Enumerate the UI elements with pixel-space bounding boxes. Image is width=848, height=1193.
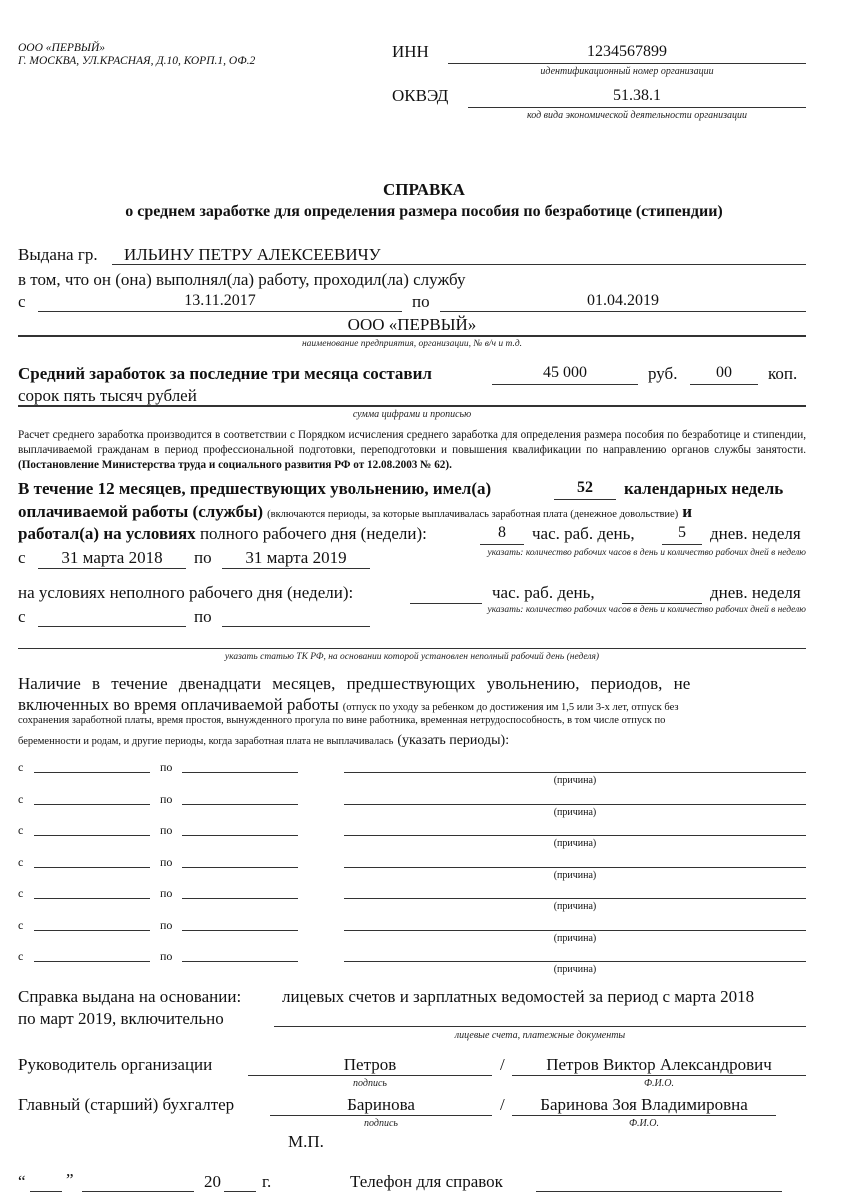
work-text: в том, что он (она) выполнял(ла) работу,…: [18, 270, 465, 290]
period-reason-underline: [344, 835, 806, 836]
period-from-label: с: [18, 918, 23, 933]
weeks-text-3: оплачиваемой работы (службы): [18, 502, 263, 521]
period-from-label: с: [18, 823, 23, 838]
salary-rub-underline: [492, 384, 638, 385]
period-from-underline: [34, 804, 150, 805]
head-slash: /: [500, 1055, 505, 1075]
partial-to-underline: [222, 626, 370, 627]
periods-line-3: сохранения заработной платы, время прост…: [18, 715, 665, 726]
inn-caption: идентификационный номер организации: [448, 66, 806, 77]
head-name-underline: [512, 1075, 806, 1076]
basis-underline: [274, 1026, 806, 1027]
page-title: СПРАВКА: [0, 180, 848, 200]
period-from-label: с: [18, 792, 23, 807]
recipient-name-field[interactable]: ИЛЬИНУ ПЕТРУ АЛЕКСЕЕВИЧУ: [124, 245, 381, 265]
weeks-line-3: работал(а) на условиях полного рабочего …: [18, 524, 427, 544]
employer-underline: [18, 335, 806, 337]
full-from-underline: [38, 568, 186, 569]
full-hours-underline: [480, 544, 524, 545]
partial-days-underline: [622, 603, 702, 604]
weeks-text-1: В течение 12 месяцев, предшествующих уво…: [18, 479, 491, 499]
period-reason-underline: [344, 961, 806, 962]
periods-line-4-end: (указать периоды):: [397, 733, 509, 748]
employer-field[interactable]: ООО «ПЕРВЫЙ»: [18, 315, 806, 335]
period-reason-underline: [344, 930, 806, 931]
full-hours-field[interactable]: 8: [480, 524, 524, 542]
salary-rub-field[interactable]: 45 000: [492, 364, 638, 382]
periods-line-2-note: (отпуск по уходу за ребенком до достижен…: [343, 702, 679, 713]
date-year-prefix: 20: [204, 1172, 221, 1192]
accountant-name-field[interactable]: Баринова Зоя Владимировна: [512, 1095, 776, 1115]
periods-line-2: включенных во время оплачиваемой работы …: [18, 695, 679, 715]
partial-from-underline: [38, 626, 186, 627]
accountant-name-caption: Ф.И.О.: [512, 1118, 776, 1129]
kop-label: коп.: [768, 364, 797, 384]
article-caption: указать статью ТК РФ, на основании котор…: [18, 652, 806, 662]
basis-caption: лицевые счета, платежные документы: [274, 1030, 806, 1041]
page-subtitle: о среднем заработке для определения разм…: [0, 203, 848, 221]
org-name: ООО «ПЕРВЫЙ»: [18, 42, 105, 55]
periods-line-4: беременности и родам, и другие периоды, …: [18, 731, 509, 749]
inn-underline: [448, 63, 806, 64]
full-day-label: полного рабочего дня (недели):: [200, 524, 427, 543]
work-conditions-label: работал(а) на условиях: [18, 524, 196, 543]
period-from-underline: [34, 930, 150, 931]
period-to-label: по: [160, 823, 172, 838]
calculation-note-text: Расчет среднего заработка производится в…: [18, 429, 806, 456]
full-from-label: с: [18, 548, 26, 568]
okved-caption: код вида экономической деятельности орга…: [468, 110, 806, 121]
period-reason-caption: (причина): [344, 933, 806, 944]
period-to-label: по: [160, 760, 172, 775]
partial-hint: указать: количество рабочих часов в день…: [384, 605, 806, 615]
period-from-label: с: [18, 760, 23, 775]
period-reason-caption: (причина): [344, 807, 806, 818]
period-to-underline: [182, 898, 298, 899]
org-address: Г. МОСКВА, УЛ.КРАСНАЯ, Д.10, КОРП.1, ОФ.…: [18, 55, 255, 68]
period-reason-underline: [344, 772, 806, 773]
full-days-underline: [662, 544, 702, 545]
date-day-underline: [30, 1191, 62, 1192]
full-to-underline: [222, 568, 370, 569]
head-signature-caption: подпись: [248, 1078, 492, 1089]
accountant-signature-field[interactable]: Баринова: [270, 1095, 492, 1115]
head-label: Руководитель организации: [18, 1055, 212, 1075]
period-reason-caption: (причина): [344, 901, 806, 912]
basis-field-line-2[interactable]: по март 2019, включительно: [18, 1009, 224, 1029]
head-name-caption: Ф.И.О.: [512, 1078, 806, 1089]
period-to-underline: [182, 961, 298, 962]
rub-label: руб.: [648, 364, 677, 384]
partial-days-label: днев. неделя: [710, 583, 801, 603]
work-to-underline: [440, 311, 806, 312]
okved-underline: [468, 107, 806, 108]
full-hours-label: час. раб. день,: [532, 524, 635, 544]
partial-hours-label: час. раб. день,: [492, 583, 595, 603]
salary-kop-field[interactable]: 00: [690, 364, 758, 382]
calculation-note-reference: (Постановление Министерства труда и соци…: [18, 459, 452, 471]
period-from-label: с: [18, 886, 23, 901]
date-quote-open: “: [18, 1172, 26, 1192]
period-from-underline: [34, 867, 150, 868]
weeks-text-3-note: (включаются периоды, за которые выплачив…: [267, 509, 678, 520]
date-year-suffix: г.: [262, 1172, 271, 1192]
basis-field-line-1[interactable]: лицевых счетов и зарплатных ведомостей з…: [282, 987, 754, 1007]
period-to-underline: [182, 930, 298, 931]
date-year-underline: [224, 1191, 256, 1192]
accountant-name-underline: [512, 1115, 776, 1116]
period-from-label: с: [18, 855, 23, 870]
period-to-label: по: [160, 918, 172, 933]
full-days-label: днев. неделя: [710, 524, 801, 544]
period-from-underline: [34, 772, 150, 773]
weeks-field[interactable]: 52: [554, 479, 616, 497]
inn-label: ИНН: [392, 42, 429, 62]
work-to-field[interactable]: 01.04.2019: [440, 292, 806, 310]
period-from-underline: [34, 961, 150, 962]
weeks-text-3-and: и: [682, 502, 692, 521]
full-to-label: по: [194, 548, 212, 568]
salary-caption: сумма цифрами и прописью: [18, 409, 806, 420]
period-to-underline: [182, 804, 298, 805]
period-reason-caption: (причина): [344, 775, 806, 786]
accountant-signature-underline: [270, 1115, 492, 1116]
period-reason-caption: (причина): [344, 870, 806, 881]
period-reason-underline: [344, 804, 806, 805]
partial-to-label: по: [194, 607, 212, 627]
work-from-label: с: [18, 292, 26, 312]
weeks-text-2: календарных недель: [624, 479, 783, 499]
period-from-label: с: [18, 949, 23, 964]
inn-field[interactable]: 1234567899: [448, 43, 806, 61]
work-from-underline: [38, 311, 402, 312]
period-reason-underline: [344, 867, 806, 868]
partial-from-label: с: [18, 607, 26, 627]
work-from-field[interactable]: 13.11.2017: [38, 292, 402, 310]
periods-line-1: Наличие в течение двенадцати месяцев, пр…: [18, 674, 806, 694]
period-to-label: по: [160, 792, 172, 807]
phone-label: Телефон для справок: [350, 1172, 503, 1192]
accountant-slash: /: [500, 1095, 505, 1115]
period-to-label: по: [160, 949, 172, 964]
period-reason-underline: [344, 898, 806, 899]
accountant-signature-caption: подпись: [270, 1118, 492, 1129]
period-from-underline: [34, 898, 150, 899]
partial-hours-underline: [410, 603, 482, 604]
accountant-label: Главный (старший) бухгалтер: [18, 1095, 234, 1115]
period-to-underline: [182, 772, 298, 773]
phone-underline: [536, 1191, 782, 1192]
stamp-placeholder: М.П.: [288, 1132, 324, 1152]
period-reason-caption: (причина): [344, 964, 806, 975]
period-reason-caption: (причина): [344, 838, 806, 849]
work-to-label: по: [412, 292, 430, 312]
periods-line-4-text: беременности и родам, и другие периоды, …: [18, 736, 393, 747]
date-quote-close: ”: [66, 1170, 74, 1190]
head-name-field[interactable]: Петров Виктор Александрович: [512, 1055, 806, 1075]
recipient-underline: [112, 264, 806, 265]
date-month-underline: [82, 1191, 194, 1192]
article-underline[interactable]: [18, 648, 806, 649]
okved-field[interactable]: 51.38.1: [468, 87, 806, 105]
partial-label: на условиях неполного рабочего дня (неде…: [18, 583, 353, 603]
period-to-underline: [182, 867, 298, 868]
full-to-field[interactable]: 31 марта 2019: [222, 548, 370, 568]
calculation-note: Расчет среднего заработка производится в…: [18, 428, 806, 473]
period-to-label: по: [160, 886, 172, 901]
okved-label: ОКВЭД: [392, 86, 448, 106]
head-signature-underline: [248, 1075, 492, 1076]
basis-label: Справка выдана на основании:: [18, 987, 241, 1007]
full-from-field[interactable]: 31 марта 2018: [38, 548, 186, 568]
full-days-field[interactable]: 5: [662, 524, 702, 542]
head-signature-field[interactable]: Петров: [248, 1055, 492, 1075]
salary-kop-underline: [690, 384, 758, 385]
weeks-line-2: оплачиваемой работы (службы) (включаются…: [18, 502, 806, 522]
periods-line-2-text: включенных во время оплачиваемой работы: [18, 695, 339, 714]
employer-caption: наименование предприятия, организации, №…: [18, 339, 806, 349]
period-to-label: по: [160, 855, 172, 870]
full-hint: указать: количество рабочих часов в день…: [384, 548, 806, 558]
period-to-underline: [182, 835, 298, 836]
salary-words-underline: [18, 405, 806, 407]
period-from-underline: [34, 835, 150, 836]
salary-in-words-field[interactable]: сорок пять тысяч рублей: [18, 386, 197, 406]
issued-label: Выдана гр.: [18, 245, 98, 265]
weeks-underline: [554, 499, 616, 500]
salary-label: Средний заработок за последние три месяц…: [18, 364, 432, 384]
